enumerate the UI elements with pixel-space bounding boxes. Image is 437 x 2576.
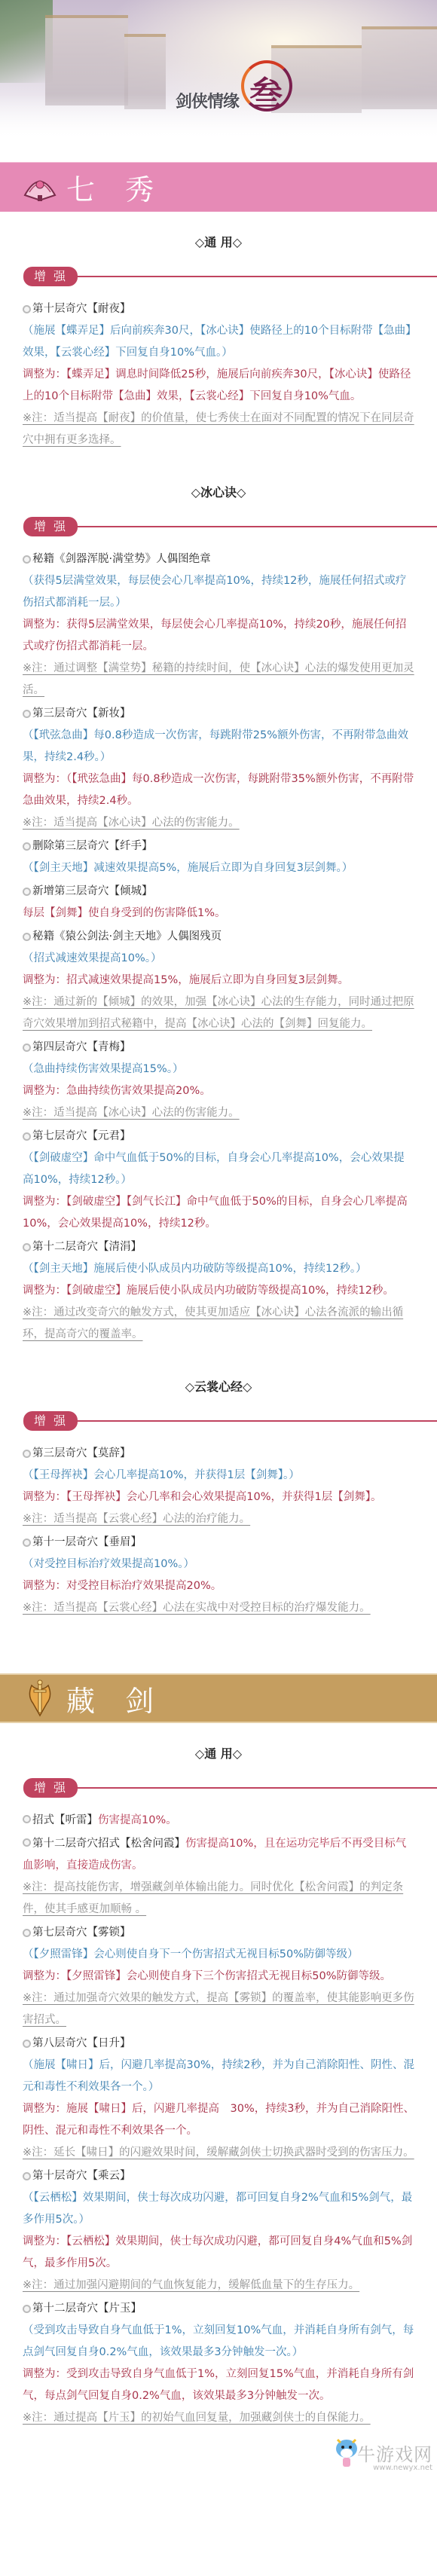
note-text: ※注：适当提高【耐夜】的价值量，使七秀侠士在面对不同配置的情况下在同层奇穴中拥有…: [23, 408, 414, 451]
item-title: 第七层奇穴【雾锁】: [32, 1922, 131, 1944]
original-text: （【剑主天地】减速效果提高5%，施展后立即为自身回复3层剑舞。）: [23, 857, 414, 879]
fan-icon: [21, 170, 59, 205]
watermark-text: 牛游戏网: [357, 2440, 432, 2466]
item-title: 第十层奇穴【乘云】: [32, 2165, 131, 2187]
note-text: ※注：通过加强闪避期间的气血恢复能力，缓解低血量下的生存压力。: [23, 2275, 414, 2296]
note-text: ※注：适当提高【冰心诀】心法的伤害能力。: [23, 1102, 414, 1124]
logo-title: 剑侠情缘: [176, 89, 239, 112]
original-text: （对受控目标治疗效果提高10%。）: [23, 1554, 414, 1575]
bullet-icon: [23, 710, 31, 718]
item-title: 新增第三层奇穴【倾城】: [32, 881, 153, 903]
section-title: ◇通 用◇: [0, 1723, 437, 1777]
bullet-icon: [23, 1929, 31, 1937]
note-text: ※注：适当提高【云裳心经】心法在实战中对受控目标的治疗爆发能力。: [23, 1597, 414, 1619]
section-bingxinjue: ◇冰心诀◇ 增强 秘籍《剑器浑脱·满堂势》人偶图绝章 （获得5层满堂效果，每层使…: [0, 453, 437, 1346]
list-item: 第三层奇穴【莫辞】 （【王母挥袂】会心几率提高10%，并获得1层【剑舞】。） 调…: [23, 1443, 414, 1530]
adjusted-text: 调整为：（【玳弦急曲】每0.8秒造成一次伤害，每跳附带35%额外伤害，不再附带急…: [23, 769, 414, 812]
list-item: 第十层奇穴【耐夜】 （施展【蝶弄足】后向前疾奔30尺，【冰心诀】使路径上的10个…: [23, 298, 414, 451]
bullet-icon: [23, 305, 31, 313]
enhance-divider: 增强: [0, 515, 437, 538]
section-general: ◇通 用◇ 增强 第十层奇穴【耐夜】 （施展【蝶弄足】后向前疾奔30尺，【冰心诀…: [0, 212, 437, 451]
list-item: 秘籍《猿公剑法·剑主天地》人偶图残页 （招式减速效果提高10%。） 调整为：招式…: [23, 926, 414, 1035]
divider-line: [78, 1787, 437, 1789]
list-item: 新增第三层奇穴【倾城】 每层【剑舞】使自身受到的伤害降低1%。: [23, 881, 414, 924]
item-title: 第十二层奇穴招式【松舍问霞】: [32, 1838, 185, 1850]
item-title: 秘籍《猿公剑法·剑主天地》人偶图残页: [32, 926, 222, 948]
original-text: （施展【蝶弄足】后向前疾奔30尺，【冰心诀】使路径上的10个目标附带【急曲】效果…: [23, 320, 414, 364]
item-title: 第十二层奇穴【清涓】: [32, 1236, 142, 1258]
adjusted-text: 调整为：【蝶弄足】调息时间降低25秒，施展后向前疾奔30尺，【冰心诀】使路径上的…: [23, 364, 414, 408]
bullet-icon: [23, 2040, 31, 2048]
school-name: 七 秀: [66, 167, 164, 208]
bullet-icon: [23, 1243, 31, 1251]
list-item: 第十层奇穴【乘云】 （【云栖松】效果期间，侠士每次成功闪避，都可回复自身2%气血…: [23, 2165, 414, 2296]
watermark-url: www.newyx.net: [373, 2464, 432, 2472]
item-title: 第十一层奇穴【垂眉】: [32, 1532, 142, 1554]
bullet-icon: [23, 1044, 31, 1052]
original-text: （受到攻击导致自身气血低于1%，立刻回复10%气血，并消耗自身所有剑气，每点剑气…: [23, 2320, 414, 2364]
item-title: 招式【听雷】: [32, 1814, 98, 1826]
enhance-badge: 增强: [23, 517, 78, 536]
bullet-icon: [23, 1132, 31, 1141]
enhance-divider: 增强: [0, 1777, 437, 1799]
list-item: 第八层奇穴【日升】 （施展【啸日】后，闪避几率提高30%，持续2秒，并为自己消除…: [23, 2033, 414, 2164]
note-text: ※注：提高技能伤害，增强藏剑单体输出能力。同时优化【松舍问霞】的判定条件，使其手…: [23, 1877, 414, 1921]
bullet-icon: [23, 555, 31, 564]
item-title: 第十层奇穴【耐夜】: [32, 298, 131, 320]
bullet-icon: [23, 2305, 31, 2313]
item-title: 第三层奇穴【新妆】: [32, 703, 131, 725]
item-title: 第三层奇穴【莫辞】: [32, 1443, 131, 1465]
note-text: ※注：适当提高【云裳心经】心法的治疗能力。: [23, 1508, 414, 1530]
adjusted-text: 调整为：【夕照雷锋】会心则使自身下三个伤害招式无视目标50%防御等级。: [23, 1966, 414, 1988]
adjusted-text: 调整为：【剑破虚空】施展后使小队成员内功破防等级提高10%，持续12秒。: [23, 1280, 414, 1302]
original-text: （施展【啸日】后，闪避几率提高30%，持续2秒，并为自己消除阳性、阴性、混元和毒…: [23, 2055, 414, 2098]
note-text: ※注：通过加强奇穴效果的触发方式，提高【雾锁】的覆盖率，使其能影响更多伤害招式。: [23, 1988, 414, 2031]
bullet-icon: [23, 1838, 31, 1847]
bullet-icon: [23, 1539, 31, 1547]
original-text: （【玳弦急曲】每0.8秒造成一次伤害，每跳附带25%额外伤害，不再附带急曲效果，…: [23, 725, 414, 769]
game-logo: 叁 剑侠情缘: [170, 59, 298, 119]
section-title: ◇云裳心经◇: [0, 1347, 437, 1410]
enhance-badge: 增强: [23, 1411, 78, 1431]
list-item: 第三层奇穴【新妆】 （【玳弦急曲】每0.8秒造成一次伤害，每跳附带25%额外伤害…: [23, 703, 414, 834]
original-text: （【云栖松】效果期间，侠士每次成功闪避，都可回复自身2%气血和5%剑气，最多作用…: [23, 2187, 414, 2231]
enhance-badge: 增强: [23, 1778, 78, 1798]
bullet-icon: [23, 933, 31, 941]
section-general: ◇通 用◇ 增强 招式【听雷】伤害提高10%。 第十二层奇穴招式【松舍问霞】伤害…: [0, 1723, 437, 2429]
school-header-qixiu: 七 秀: [0, 162, 437, 212]
adjusted-text: 调整为：急曲持续伤害效果提高20%。: [23, 1080, 414, 1102]
original-text: （急曲持续伤害效果提高15%。）: [23, 1059, 414, 1080]
list-item: 第四层奇穴【青梅】 （急曲持续伤害效果提高15%。） 调整为：急曲持续伤害效果提…: [23, 1037, 414, 1124]
section-title: ◇通 用◇: [0, 212, 437, 265]
bullet-icon: [23, 1815, 31, 1823]
adjusted-text: 每层【剑舞】使自身受到的伤害降低1%。: [23, 903, 414, 924]
list-item: 第十二层奇穴【清涓】 （【剑主天地】施展后使小队成员内功破防等级提高10%，持续…: [23, 1236, 414, 1346]
divider-line: [78, 1420, 437, 1422]
note-text: ※注：延长【啸日】的闪避效果时间，缓解藏剑侠士切换武器时受到的伤害压力。: [23, 2142, 414, 2164]
item-title: 秘籍《剑器浑脱·满堂势》人偶图绝章: [32, 549, 211, 570]
adjusted-text: 调整为：受到攻击导致自身气血低于1%，立刻回复15%气血，并消耗自身所有剑气，每…: [23, 2364, 414, 2407]
adjusted-text: 调整为：获得5层满堂效果，每层使会心几率提高10%，持续20秒，施展任何招式或疗…: [23, 614, 414, 658]
logo-number: 叁: [249, 66, 283, 115]
list-item: 删除第三层奇穴【纤手】 （【剑主天地】减速效果提高5%，施展后立即为自身回复3层…: [23, 836, 414, 879]
bullet-icon: [23, 842, 31, 851]
original-text: （【王母挥袂】会心几率提高10%，并获得1层【剑舞】。）: [23, 1465, 414, 1487]
original-text: （【剑主天地】施展后使小队成员内功破防等级提高10%，持续12秒。）: [23, 1258, 414, 1280]
adjusted-text: 调整为：【云栖松】效果期间，侠士每次成功闪避，都可回复自身4%气血和5%剑气，最…: [23, 2231, 414, 2275]
divider-line: [78, 276, 437, 277]
original-text: （招式减速效果提高10%。）: [23, 948, 414, 970]
original-text: （【夕照雷锋】会心则使自身下一个伤害招式无视目标50%防御等级）: [23, 1944, 414, 1966]
item-title: 删除第三层奇穴【纤手】: [32, 836, 153, 857]
list-item: 第十一层奇穴【垂眉】 （对受控目标治疗效果提高10%。） 调整为：对受控目标治疗…: [23, 1532, 414, 1619]
section-yunshangxinjing: ◇云裳心经◇ 增强 第三层奇穴【莫辞】 （【王母挥袂】会心几率提高10%，并获得…: [0, 1347, 437, 1619]
banner-building: [45, 15, 128, 105]
sword-emblem-icon: [21, 1681, 59, 1716]
item-title: 第十二层奇穴【片玉】: [32, 2298, 142, 2320]
list-item: 第十二层奇穴招式【松舍问霞】伤害提高10%，且在运功完毕后不再受目标气血影响，直…: [23, 1833, 414, 1921]
note-text: ※注：通过提高【片玉】的初始气血回复量，加强藏剑侠士的自保能力。: [23, 2407, 414, 2429]
bullet-icon: [23, 2172, 31, 2180]
adjusted-text: 调整为：【王母挥袂】会心几率和会心效果提高10%，并获得1层【剑舞】。: [23, 1487, 414, 1508]
item-title: 第八层奇穴【日升】: [32, 2033, 131, 2055]
inline-adjusted-text: 伤害提高10%。: [98, 1814, 177, 1826]
adjusted-text: 调整为：对受控目标治疗效果提高20%。: [23, 1575, 414, 1597]
enhance-divider: 增强: [0, 1410, 437, 1432]
enhance-divider: 增强: [0, 265, 437, 288]
item-title: 第七层奇穴【元君】: [32, 1126, 131, 1147]
note-text: ※注：适当提高【冰心诀】心法的伤害能力。: [23, 812, 414, 834]
note-text: ※注：通过新的【倾城】的效果，加强【冰心诀】心法的生存能力，同时通过把原奇穴效果…: [23, 992, 414, 1035]
note-text: ※注：通过调整【满堂势】秘籍的持续时间，使【冰心诀】心法的爆发使用更加灵活。: [23, 658, 414, 701]
adjusted-text: 调整为：【剑破虚空】【剑气长江】命中气血低于50%的目标，自身会心几率提高10%…: [23, 1191, 414, 1235]
item-title: 第四层奇穴【青梅】: [32, 1037, 131, 1059]
divider-line: [78, 526, 437, 527]
spacer: [0, 1621, 437, 1673]
list-item: 第十二层奇穴【片玉】 （受到攻击导致自身气血低于1%，立刻回复10%气血，并消耗…: [23, 2298, 414, 2429]
list-item: 第七层奇穴【雾锁】 （【夕照雷锋】会心则使自身下一个伤害招式无视目标50%防御等…: [23, 1922, 414, 2031]
original-text: （【剑破虚空】命中气血低于50%的目标，自身会心几率提高10%，会心效果提高10…: [23, 1147, 414, 1191]
school-header-cangjian: 藏 剑: [0, 1673, 437, 1723]
enhance-badge: 增强: [23, 267, 78, 286]
adjusted-text: 调整为：施展【啸日】后，闪避几率提高 30%，持续3秒，并为自己消除阳性、阴性、…: [23, 2098, 414, 2142]
hero-banner: 叁 剑侠情缘: [0, 0, 437, 162]
mascot-icon: [333, 2435, 360, 2468]
list-item: 招式【听雷】伤害提高10%。: [23, 1810, 414, 1832]
school-name: 藏 剑: [66, 1678, 164, 1719]
original-text: （获得5层满堂效果，每层使会心几率提高10%，持续12秒，施展任何招式或疗伤招式…: [23, 570, 414, 614]
bullet-icon: [23, 1450, 31, 1458]
list-item: 秘籍《剑器浑脱·满堂势》人偶图绝章 （获得5层满堂效果，每层使会心几率提高10%…: [23, 549, 414, 701]
bullet-icon: [23, 888, 31, 896]
note-text: ※注：通过改变奇穴的触发方式，使其更加适应【冰心诀】心法各流派的输出循环，提高奇…: [23, 1302, 414, 1346]
section-title: ◇冰心诀◇: [0, 453, 437, 515]
list-item: 第七层奇穴【元君】 （【剑破虚空】命中气血低于50%的目标，自身会心几率提高10…: [23, 1126, 414, 1235]
adjusted-text: 调整为：招式减速效果提高15%，施展后立即为自身回复3层剑舞。: [23, 970, 414, 992]
watermark: 牛游戏网 www.newyx.net: [0, 2431, 437, 2483]
